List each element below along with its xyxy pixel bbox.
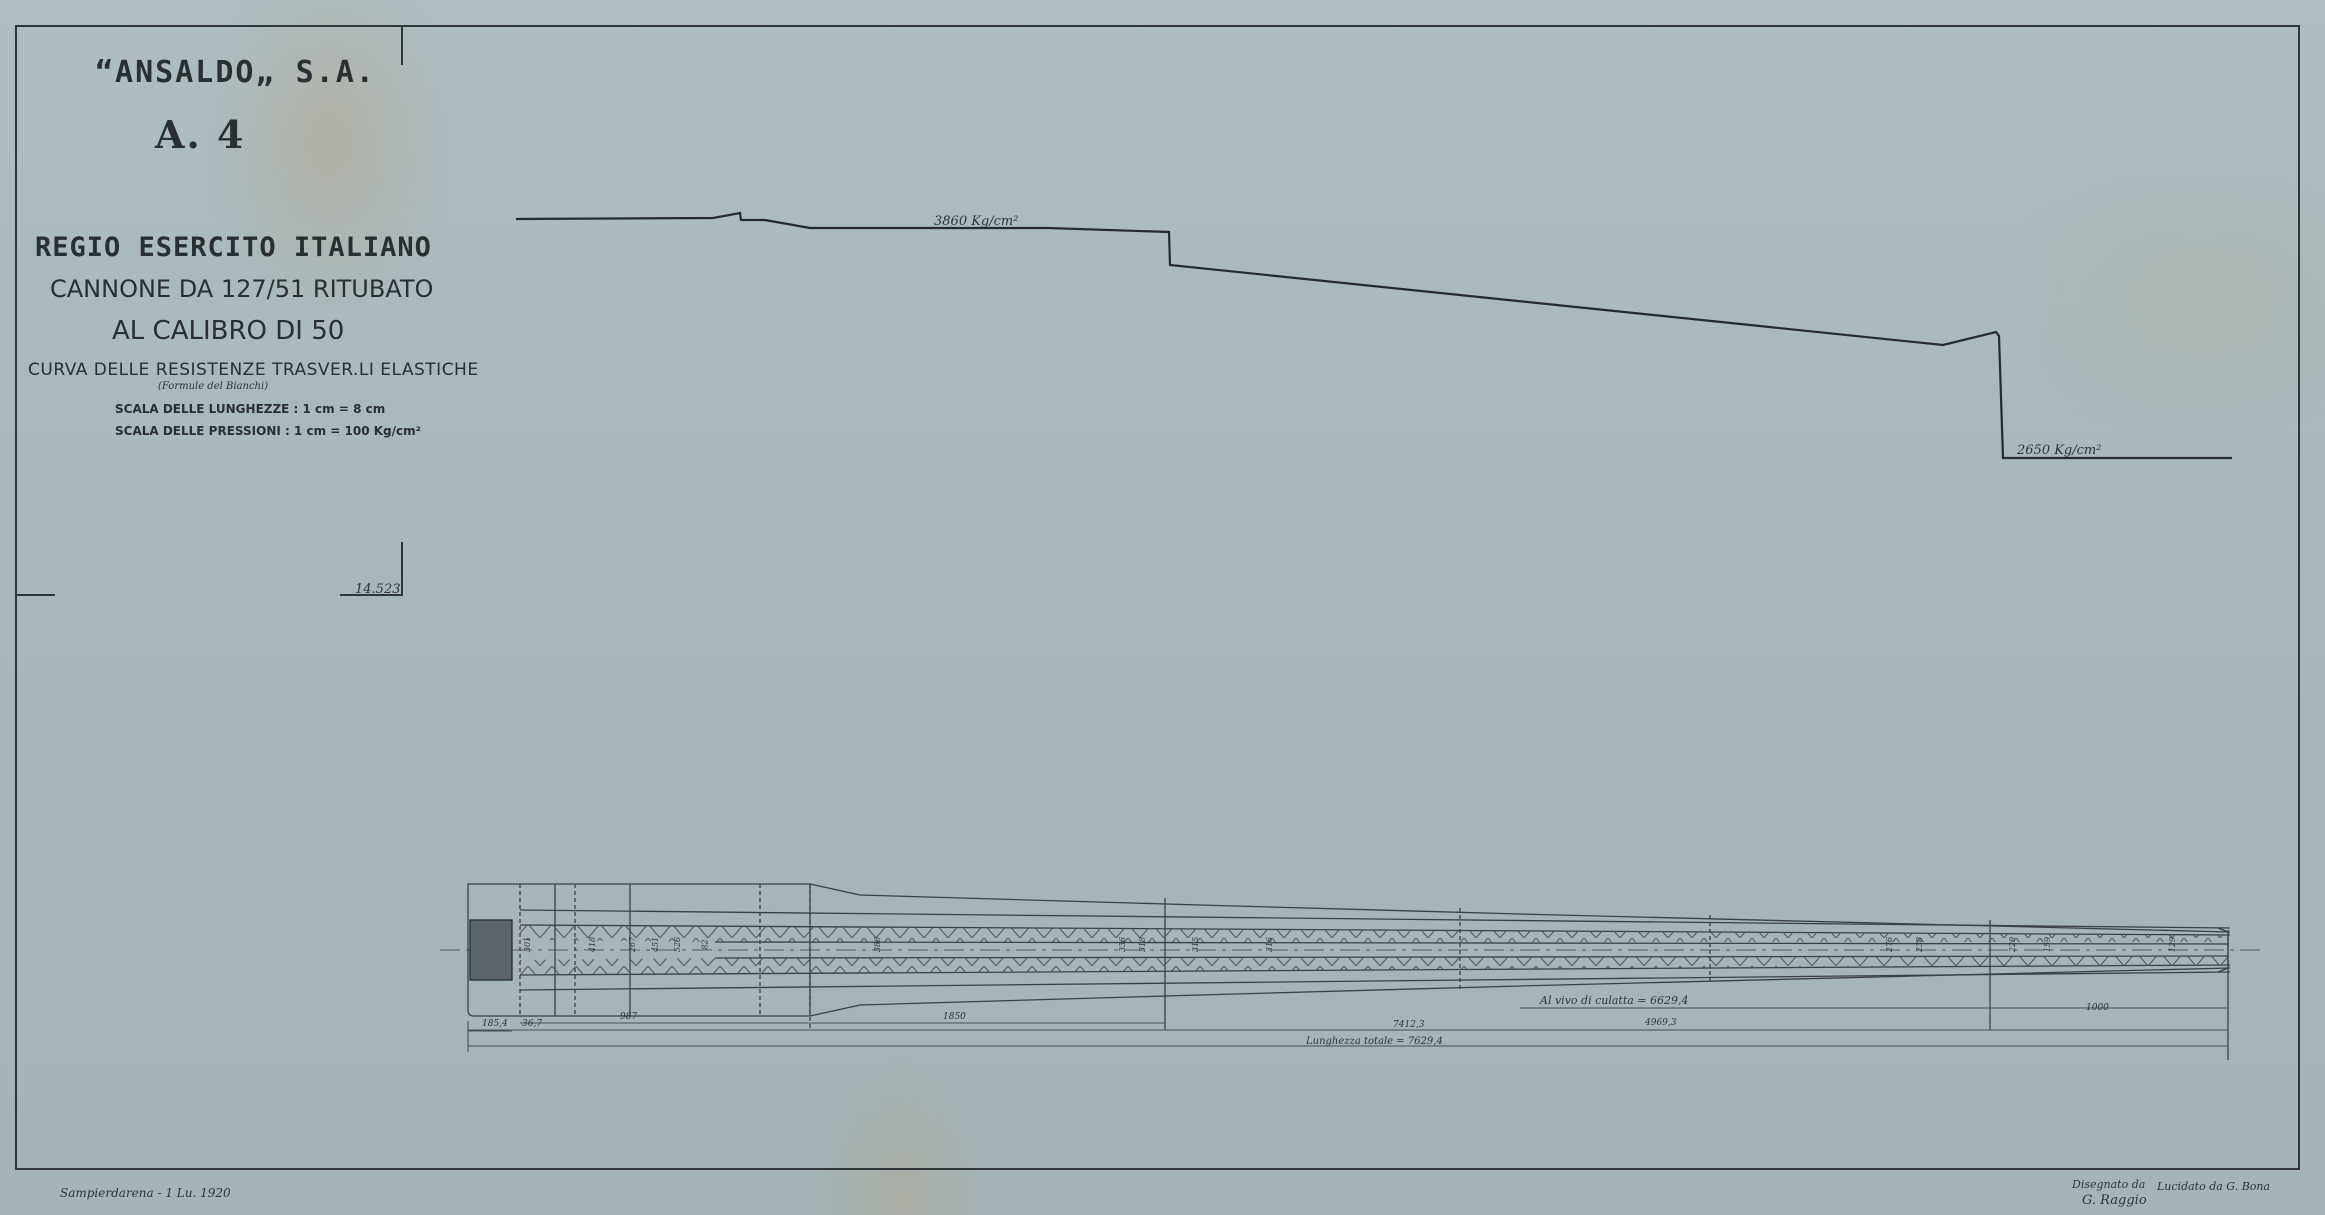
diameter-label: 526 — [673, 937, 682, 952]
diameter-label: 386 — [873, 937, 882, 952]
diameter-label: 82 — [701, 939, 710, 949]
place-date: Sampierdarena - 1 Lu. 1920 — [60, 1186, 231, 1200]
diameter-label: 315 — [1191, 937, 1200, 952]
traced-by: Lucidato da G. Bona — [2157, 1180, 2270, 1193]
dimension-label: 987 — [620, 1012, 637, 1022]
diameter-label: 276 — [1885, 937, 1894, 952]
dimension-label: 1000 — [2086, 1003, 2109, 1013]
drawn-by-label: Disegnato da — [2072, 1178, 2145, 1191]
dimension-label: 1850 — [943, 1012, 966, 1022]
tube-hatching — [520, 925, 2228, 942]
dimension-label: 4969,3 — [1645, 1018, 1677, 1028]
bore-length-label: Al vivo di culatta = 6629,4 — [1540, 994, 1689, 1007]
diameter-label: 238 — [1915, 937, 1924, 952]
dimension-label: 7412,3 — [1393, 1020, 1425, 1030]
resistance-curve — [516, 213, 2232, 458]
diameter-label: 451 — [651, 937, 660, 952]
diameter-label: 336 — [1118, 937, 1127, 952]
drawn-by-signature: G. Raggio — [2082, 1193, 2147, 1208]
diameter-label: 267 — [628, 937, 637, 952]
diameter-label: 418 — [588, 937, 597, 952]
tube-hatching — [520, 956, 2228, 975]
diameter-label: 129 — [2168, 937, 2177, 952]
diameter-label: 229 — [2008, 937, 2017, 952]
dimension-label: 36,7 — [522, 1019, 542, 1029]
total-length-label: Lunghezza totale = 7629,4 — [1306, 1036, 1443, 1047]
technical-drawing — [0, 0, 2325, 1215]
diameter-label: 316 — [1265, 937, 1274, 952]
diameter-label: 318 — [1138, 937, 1147, 952]
diameter-label: 159 — [2043, 937, 2052, 952]
diameter-label: 301 — [523, 937, 532, 952]
dimension-label: 185,4 — [482, 1019, 508, 1029]
